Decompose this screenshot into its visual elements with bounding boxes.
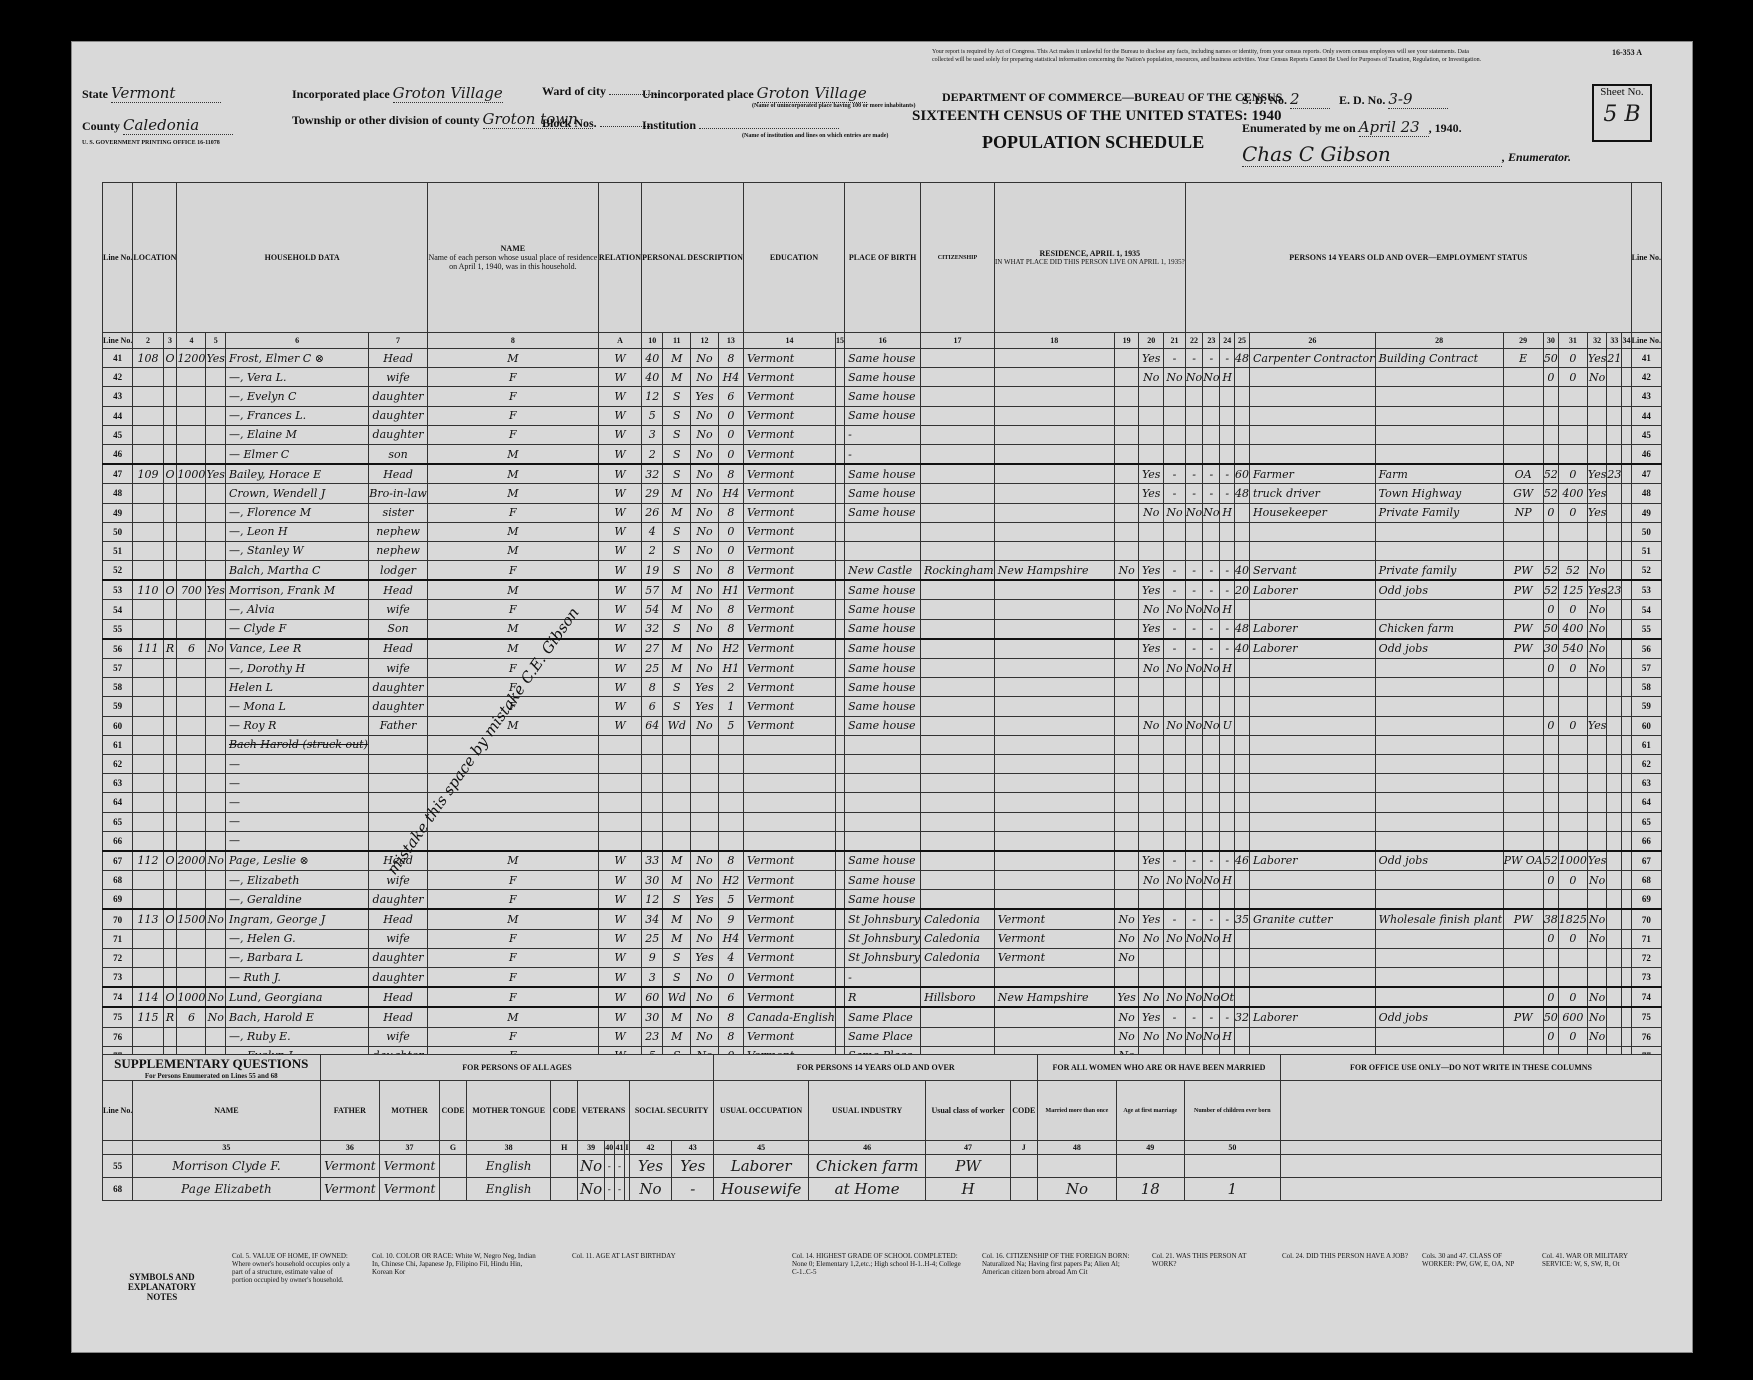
supp-women: FOR ALL WOMEN WHO ARE OR HAVE BEEN MARRI… [1037, 1055, 1280, 1081]
cell-name: —, Barbara L [225, 948, 368, 967]
cell-wages [1558, 697, 1587, 716]
cell-wages [1558, 774, 1587, 793]
cell-cls [1503, 541, 1543, 560]
cell-e24: - [1203, 619, 1220, 639]
cell-ind: Odd jobs [1375, 580, 1503, 600]
cell-farm [206, 890, 226, 910]
cell-ind [1375, 812, 1503, 831]
cell-wages: 0 [1558, 1027, 1587, 1046]
cell-farm_sched [1607, 484, 1622, 503]
cell-weeks [1543, 425, 1558, 444]
cell-work [1139, 774, 1164, 793]
cell-line: 50 [1631, 522, 1661, 541]
cell-occ [1249, 406, 1375, 425]
cell-marital: S [663, 968, 691, 988]
cell-house [133, 561, 163, 581]
cell-sex: M [427, 349, 598, 368]
cell-r_county [921, 522, 995, 541]
cell-farm [206, 831, 226, 851]
cell-marital: M [663, 580, 691, 600]
cell-name: —, Ruby E. [225, 1027, 368, 1046]
cell-farm [206, 484, 226, 503]
cell-house [133, 831, 163, 851]
cell-relation: daughter [369, 890, 428, 910]
cell-wages: 0 [1558, 503, 1587, 522]
cell-school: No [691, 1027, 719, 1046]
cell-line: 59 [103, 697, 133, 716]
cell-farm_sched: 23 [1607, 580, 1622, 600]
cell-value [177, 774, 206, 793]
cell-age: 12 [642, 890, 663, 910]
cell-line: 64 [103, 793, 133, 812]
cell-age: 40 [642, 368, 663, 387]
cell-marital: S [663, 561, 691, 581]
cell-ind: Odd jobs [1375, 639, 1503, 659]
cell-hours: 48 [1234, 349, 1249, 368]
cell-own [163, 484, 177, 503]
cell-house [133, 793, 163, 812]
cell-e24 [1203, 678, 1220, 697]
cell-farm_sched [1607, 890, 1622, 910]
cell-r_state [994, 890, 1114, 910]
cell-e23: - [1185, 909, 1202, 929]
cell-e22: No [1164, 987, 1186, 1007]
cell-age: 30 [642, 1007, 663, 1027]
cell-weeks: 0 [1543, 1027, 1558, 1046]
form-number: 16-353 A [1612, 48, 1642, 57]
cell-e25 [1220, 948, 1234, 967]
cell-other [1587, 425, 1607, 444]
cell-occ [1249, 1027, 1375, 1046]
cell-r_state [994, 503, 1114, 522]
cell-name: Helen L [225, 678, 368, 697]
cell-line: 49 [1631, 503, 1661, 522]
table-row: 47109O1000YesBailey, Horace EHeadMW32SNo… [103, 464, 1662, 484]
cell-birth: Vermont [743, 561, 835, 581]
cell-name: — [225, 812, 368, 831]
cell-farm_sched [1607, 678, 1622, 697]
cell-farm [206, 444, 226, 464]
cell-school: Yes [691, 948, 719, 967]
cell-cls [1503, 735, 1543, 754]
cell-e22: - [1164, 484, 1186, 503]
cell-ind: Private family [1375, 561, 1503, 581]
cell-own [163, 503, 177, 522]
table-row: 45—, Elaine MdaughterFW3SNo0Vermont-45 [103, 425, 1662, 444]
cell-school: No [691, 929, 719, 948]
cell-work: No [1139, 659, 1164, 678]
table-row: 56111R6NoVance, Lee RHeadMW27MNoH2Vermon… [103, 639, 1662, 659]
department-title: DEPARTMENT OF COMMERCE—BUREAU OF THE CEN… [942, 90, 1282, 105]
cell-occ: Carpenter Contractor [1249, 349, 1375, 368]
cell-birth: Vermont [743, 909, 835, 929]
cell-res [845, 522, 921, 541]
cell-e23 [1185, 793, 1202, 812]
cell-res: Same house [845, 659, 921, 678]
cell-ind [1375, 793, 1503, 812]
cell-weeks: 30 [1543, 639, 1558, 659]
cell-work: No [1139, 600, 1164, 619]
cell-cls [1503, 948, 1543, 967]
cell-wages [1558, 522, 1587, 541]
institution-field: Institution (Name of institution and lin… [642, 118, 888, 139]
cell-house [133, 406, 163, 425]
cell-grade: 0 [718, 406, 743, 425]
cell-grade: H4 [718, 929, 743, 948]
table-row: 52Balch, Martha ClodgerFW19SNo8VermontNe… [103, 561, 1662, 581]
cell-name: Bach, Harold E [225, 1007, 368, 1027]
cell-res: - [845, 444, 921, 464]
cell-r_farm [1114, 639, 1139, 659]
cell-house: 115 [133, 1007, 163, 1027]
cell-race: W [598, 484, 641, 503]
cell-work: Yes [1139, 464, 1164, 484]
cell-work [1139, 697, 1164, 716]
cell-line: 66 [103, 831, 133, 851]
cell-e24: No [1203, 659, 1220, 678]
cell-own [163, 890, 177, 910]
cell-name: —, Alvia [225, 600, 368, 619]
cell-relation: daughter [369, 425, 428, 444]
cell-birth: Canada-English [743, 1007, 835, 1027]
cell-e22 [1164, 735, 1186, 754]
cell-farm_sched [1607, 851, 1622, 871]
cell-house [133, 716, 163, 735]
cell-e25 [1220, 793, 1234, 812]
cell-own [163, 600, 177, 619]
cell-e22 [1164, 968, 1186, 988]
cell-res: Same house [845, 890, 921, 910]
cell-weeks [1543, 541, 1558, 560]
cell-name: — [225, 754, 368, 773]
cell-work [1139, 541, 1164, 560]
cell-sex: F [427, 368, 598, 387]
cell-name: Morrison, Frank M [225, 580, 368, 600]
cell-r_state [994, 406, 1114, 425]
cell-house [133, 541, 163, 560]
note-col14: Col. 14. HIGHEST GRADE OF SCHOOL COMPLET… [792, 1252, 962, 1276]
cell-school: No [691, 909, 719, 929]
cell-r_state [994, 851, 1114, 871]
cell-r_state [994, 541, 1114, 560]
cell-birth [743, 831, 835, 851]
cell-weeks [1543, 522, 1558, 541]
cell-wages [1558, 678, 1587, 697]
cell-age: 32 [642, 464, 663, 484]
cell-sex: F [427, 890, 598, 910]
cell-r_state [994, 580, 1114, 600]
cell-ind [1375, 774, 1503, 793]
cell-r_state [994, 349, 1114, 368]
cell-school: No [691, 580, 719, 600]
table-row: 49—, Florence MsisterFW26MNo8VermontSame… [103, 503, 1662, 522]
cell-r_county [921, 406, 995, 425]
cell-line: 62 [103, 754, 133, 773]
cell-e24 [1203, 948, 1220, 967]
county-value: Caledonia [123, 116, 233, 135]
cell-grade: 0 [718, 444, 743, 464]
notes-title: SYMBOLS AND EXPLANATORY NOTES [122, 1272, 202, 1302]
cell-weeks [1543, 793, 1558, 812]
cell-grade [718, 793, 743, 812]
cell-race: W [598, 387, 641, 406]
cell-farm_sched [1607, 831, 1622, 851]
cell-sex: F [427, 425, 598, 444]
cell-name: —, Stanley W [225, 541, 368, 560]
cell-farm [206, 735, 226, 754]
cell-r_county [921, 484, 995, 503]
cell-age: 34 [642, 909, 663, 929]
cell-marital: S [663, 678, 691, 697]
cell-farm: No [206, 639, 226, 659]
cell-r_state [994, 1027, 1114, 1046]
cell-line: 74 [1631, 987, 1661, 1007]
cell-own [163, 659, 177, 678]
cell-relation: nephew [369, 522, 428, 541]
cell-work: No [1139, 368, 1164, 387]
cell-e24 [1203, 774, 1220, 793]
cell-hours [1234, 444, 1249, 464]
cell-race: W [598, 368, 641, 387]
cell-farm [206, 871, 226, 890]
cell-other [1587, 697, 1607, 716]
cell-r_state [994, 387, 1114, 406]
cell-work [1139, 678, 1164, 697]
cell-wages: 0 [1558, 987, 1587, 1007]
cell-weeks: 52 [1543, 580, 1558, 600]
cell-other [1587, 774, 1607, 793]
cell-grade: 8 [718, 1027, 743, 1046]
cell-ind [1375, 929, 1503, 948]
cell-relation: wife [369, 1027, 428, 1046]
cell-r_farm [1114, 851, 1139, 871]
cell-cls [1503, 444, 1543, 464]
cell-house [133, 735, 163, 754]
cell-farm [206, 561, 226, 581]
cell-other [1587, 793, 1607, 812]
cell-cls [1503, 368, 1543, 387]
cell-res [845, 812, 921, 831]
cell-r_county [921, 368, 995, 387]
cell-r_county: Caledonia [921, 929, 995, 948]
cell-grade: 4 [718, 948, 743, 967]
cell-own [163, 561, 177, 581]
cell-school [691, 774, 719, 793]
cell-r_farm: No [1114, 1027, 1139, 1046]
cell-e22 [1164, 812, 1186, 831]
cell-r_farm: No [1114, 948, 1139, 967]
cell-grade: H4 [718, 368, 743, 387]
cell-house [133, 1027, 163, 1046]
cell-relation: daughter [369, 968, 428, 988]
cell-grade: 0 [718, 541, 743, 560]
cell-e23: No [1185, 503, 1202, 522]
cell-own [163, 541, 177, 560]
cell-e23: - [1185, 561, 1202, 581]
cell-marital: M [663, 909, 691, 929]
cell-birth: Vermont [743, 406, 835, 425]
cell-marital: S [663, 948, 691, 967]
cell-other: Yes [1587, 349, 1607, 368]
cell-e22 [1164, 444, 1186, 464]
cell-farm_sched [1607, 987, 1622, 1007]
cell-marital: M [663, 639, 691, 659]
cell-age: 3 [642, 968, 663, 988]
cell-work: No [1139, 503, 1164, 522]
cell-own [163, 774, 177, 793]
cell-own [163, 735, 177, 754]
cell-weeks [1543, 890, 1558, 910]
cell-grade: 8 [718, 464, 743, 484]
cell-farm [206, 425, 226, 444]
cell-relation: wife [369, 600, 428, 619]
cell-farm [206, 659, 226, 678]
cell-line: 45 [1631, 425, 1661, 444]
cell-e25 [1220, 812, 1234, 831]
cell-line: 49 [103, 503, 133, 522]
group-residence: RESIDENCE, APRIL 1, 1935IN WHAT PLACE DI… [994, 183, 1185, 333]
cell-race: W [598, 1007, 641, 1027]
cell-line: 51 [1631, 541, 1661, 560]
cell-work [1139, 425, 1164, 444]
cell-e23: No [1185, 929, 1202, 948]
cell-line: 67 [1631, 851, 1661, 871]
cell-res: St Johnsbury [845, 929, 921, 948]
cell-house [133, 774, 163, 793]
cell-sex: F [427, 968, 598, 988]
cell-other [1587, 522, 1607, 541]
cell-occ [1249, 871, 1375, 890]
cell-e24: - [1203, 851, 1220, 871]
explanatory-notes: SYMBOLS AND EXPLANATORY NOTES Col. 5. VA… [102, 1252, 1662, 1342]
cell-cls: PW [1503, 909, 1543, 929]
cell-weeks: 0 [1543, 659, 1558, 678]
legal-notice: Your report is required by Act of Congre… [932, 48, 1492, 64]
cell-e23: - [1185, 484, 1202, 503]
cell-line: 46 [1631, 444, 1661, 464]
cell-school: No [691, 444, 719, 464]
cell-line: 43 [1631, 387, 1661, 406]
cell-age: 23 [642, 1027, 663, 1046]
cell-occ [1249, 541, 1375, 560]
cell-birth: Vermont [743, 444, 835, 464]
cell-race: W [598, 541, 641, 560]
cell-value [177, 812, 206, 831]
note-col11: Col. 11. AGE AT LAST BIRTHDAY [572, 1252, 772, 1260]
cell-wages [1558, 406, 1587, 425]
cell-e22 [1164, 522, 1186, 541]
cell-e23: No [1185, 659, 1202, 678]
cell-r_county [921, 580, 995, 600]
cell-r_state [994, 697, 1114, 716]
cell-r_county: Caledonia [921, 948, 995, 967]
cell-res: New Castle [845, 561, 921, 581]
cell-farm_sched [1607, 444, 1622, 464]
cell-weeks: 52 [1543, 851, 1558, 871]
cell-birth: Vermont [743, 619, 835, 639]
cell-farm [206, 503, 226, 522]
cell-line: 65 [1631, 812, 1661, 831]
cell-occ [1249, 368, 1375, 387]
cell-occ: Farmer [1249, 464, 1375, 484]
cell-marital: M [663, 871, 691, 890]
table-row: 73— Ruth J.daughterFW3SNo0Vermont-73 [103, 968, 1662, 988]
cell-wages: 0 [1558, 659, 1587, 678]
cell-r_state [994, 793, 1114, 812]
cell-res: - [845, 968, 921, 988]
cell-e22: No [1164, 716, 1186, 735]
cell-hours [1234, 890, 1249, 910]
cell-marital: M [663, 851, 691, 871]
cell-e24: No [1203, 929, 1220, 948]
cell-weeks: 52 [1543, 484, 1558, 503]
cell-relation: daughter [369, 387, 428, 406]
cell-work [1139, 522, 1164, 541]
cell-e25: H [1220, 659, 1234, 678]
cell-grade: 9 [718, 909, 743, 929]
cell-line: 54 [103, 600, 133, 619]
cell-house [133, 425, 163, 444]
cell-weeks [1543, 697, 1558, 716]
cell-hours: 48 [1234, 484, 1249, 503]
cell-e24: No [1203, 987, 1220, 1007]
cell-ind [1375, 1027, 1503, 1046]
cell-wages: 125 [1558, 580, 1587, 600]
cell-hours: 60 [1234, 464, 1249, 484]
cell-r_state [994, 968, 1114, 988]
cell-grade: 6 [718, 987, 743, 1007]
cell-wages: 1000 [1558, 851, 1587, 871]
cell-other [1587, 735, 1607, 754]
cell-line: 58 [103, 678, 133, 697]
cell-farm_sched [1607, 968, 1622, 988]
cell-house [133, 659, 163, 678]
cell-relation: Head [369, 580, 428, 600]
cell-e24 [1203, 387, 1220, 406]
cell-other [1587, 678, 1607, 697]
cell-farm [206, 793, 226, 812]
cell-farm: Yes [206, 464, 226, 484]
cell-name: —, Leon H [225, 522, 368, 541]
cell-farm [206, 754, 226, 773]
cell-house [133, 484, 163, 503]
cell-r_county [921, 754, 995, 773]
table-row: 61Bach Harold (struck out)61 [103, 735, 1662, 754]
cell-e23 [1185, 541, 1202, 560]
cell-r_county: Caledonia [921, 909, 995, 929]
cell-line: 53 [103, 580, 133, 600]
cell-relation [369, 754, 428, 773]
cell-r_state [994, 619, 1114, 639]
cell-e24: - [1203, 561, 1220, 581]
cell-e23: No [1185, 716, 1202, 735]
cell-birth: Vermont [743, 580, 835, 600]
cell-ind: Farm [1375, 464, 1503, 484]
cell-age: 4 [642, 522, 663, 541]
cell-value [177, 387, 206, 406]
cell-r_farm [1114, 774, 1139, 793]
cell-ind [1375, 522, 1503, 541]
cell-race: W [598, 503, 641, 522]
cell-r_farm [1114, 484, 1139, 503]
cell-birth: Vermont [743, 987, 835, 1007]
cell-r_county: Rockingham [921, 561, 995, 581]
cell-res: Same house [845, 406, 921, 425]
note-col10: Col. 10. COLOR OR RACE: White W, Negro N… [372, 1252, 542, 1276]
cell-value [177, 503, 206, 522]
cell-occ [1249, 774, 1375, 793]
cell-weeks: 52 [1543, 561, 1558, 581]
